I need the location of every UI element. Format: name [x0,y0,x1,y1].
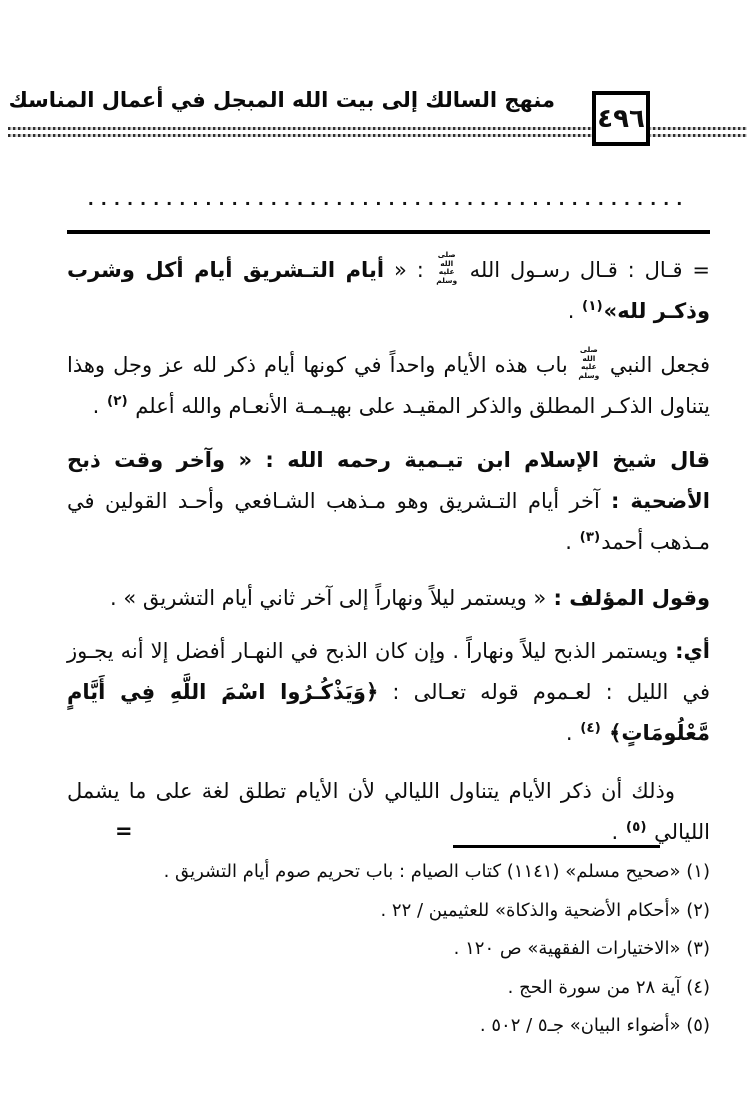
sentence-end: . [566,721,579,745]
book-page: منهج السالك إلى بيت الله المبجل في أعمال… [0,0,755,1104]
pbuh-ligature: صلى الله عليه وسلم [434,251,460,286]
paragraph-author-statement: وقول المؤلف : « ويستمر ليلاً ونهاراً إلى… [67,578,710,619]
continuation-lead-in: = قـال : قـال رسـول الله [460,258,710,282]
paragraph-ibn-taymiyyah-quote: قال شيخ الإسلام ابن تيـمية رحمه الله : «… [67,440,710,566]
quote-text: « ويستمر ليلاً ونهاراً إلى آخر ثاني أيام… [110,586,546,610]
footnote-item-5: (٥) «أضواء البيان» جـ٥ / ٥٠٢ . [115,1007,710,1046]
footnote-item-1: (١) «صحيح مسلم» (١١٤١) كتاب الصيام : باب… [115,853,710,892]
footnote-separator [453,845,660,848]
page-number: ٤٩٦ [597,104,645,134]
page-number-box: ٤٩٦ [592,91,650,146]
sentence-end: . [565,530,578,554]
footnote-item-3: (٣) «الاختيارات الفقهية» ص ١٢٠ . [115,930,710,969]
footnote-block-rule [67,230,710,234]
body-text: = قـال : قـال رسـول الله صلى الله عليه و… [67,250,710,866]
paragraph-commentary: فجعل النبي صلى الله عليه وسلم باب هذه ال… [67,345,710,430]
quote-attribution: وقول المؤلف : [546,586,710,610]
pbuh-ligature: صلى الله عليه وسلم [576,346,602,381]
continuation-marker: = [115,811,133,852]
paragraph-hadith: = قـال : قـال رسـول الله صلى الله عليه و… [67,250,710,335]
paragraph-explanation: أي: ويستمر الذبح ليلاً ونهاراً . وإن كان… [67,631,710,757]
sentence-end: . [93,394,106,418]
sentence-end: . [568,299,581,323]
footnote-ref-1: (١) [582,298,603,314]
footnote-ref-5: (٥) [626,819,647,835]
page-title: منهج السالك إلى بيت الله المبجل في أعمال… [9,88,555,112]
sentence-end: . [612,820,625,844]
footnote-item-4: (٤) آية ٢٨ من سورة الحج . [115,969,710,1008]
footnote-ref-3: (٣) [580,529,601,545]
paragraph-text: فجعل النبي [602,353,710,377]
footnote-ref-4: (٤) [580,720,601,736]
footnote-item-2: (٢) «أحكام الأضحية والذكاة» للعثيمين / ٢… [115,892,710,931]
footnote-list: (١) «صحيح مسلم» (١١٤١) كتاب الصيام : باب… [115,853,710,1046]
footnote-ref-2: (٢) [107,393,128,409]
elided-text-dots: ........................................… [67,190,710,209]
explanation-lead: أي: [675,639,710,663]
hadith-opening: : « [384,258,434,282]
paragraph-days-include-nights: وذلك أن ذكر الأيام يتناول الليالي لأن ال… [67,771,710,856]
